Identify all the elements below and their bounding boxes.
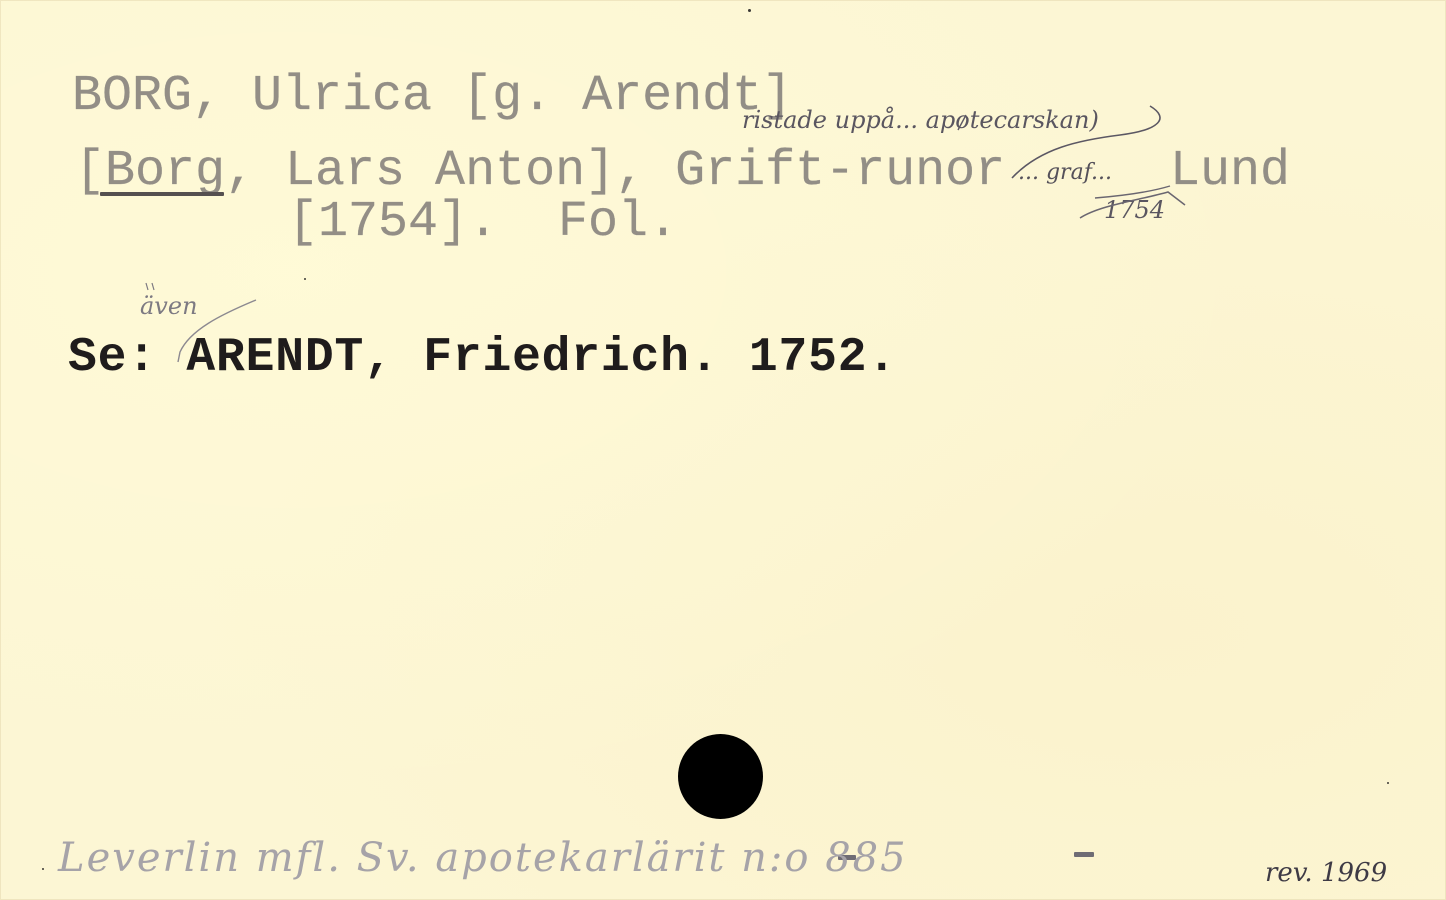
place-of-publication: Lund xyxy=(1170,147,1290,197)
paper-speck xyxy=(748,9,751,12)
borg-underline xyxy=(100,192,224,196)
handwritten-date-correction: 1754 xyxy=(1104,198,1165,222)
revision-note: rev. 1969 xyxy=(1265,860,1387,886)
punch-hole xyxy=(678,734,763,819)
paper-speck xyxy=(42,868,44,870)
author-title-line: [Borg, Lars Anton], Grift-runor xyxy=(75,147,1005,197)
handwritten-see-also-insert: även xyxy=(140,294,198,318)
imprint-line: [1754]. Fol. xyxy=(288,198,678,248)
handwritten-title-continuation: ristade uppå... apotecarskan) xyxy=(742,108,1099,132)
see-reference: Se: ARENDT, Friedrich. 1752. xyxy=(68,334,897,382)
bottom-pencil-note: Leverlin mfl. Sv. apotekarlärit n:o 885 xyxy=(58,838,908,878)
paper-speck xyxy=(1387,782,1389,784)
catalog-card: BORG, Ulrica [g. Arendt] ristade uppå...… xyxy=(0,0,1446,900)
handwritten-ellipsis-insert: ... graf... xyxy=(1018,162,1112,184)
paper-speck xyxy=(304,278,306,280)
heading-entry: BORG, Ulrica [g. Arendt] xyxy=(72,72,792,122)
